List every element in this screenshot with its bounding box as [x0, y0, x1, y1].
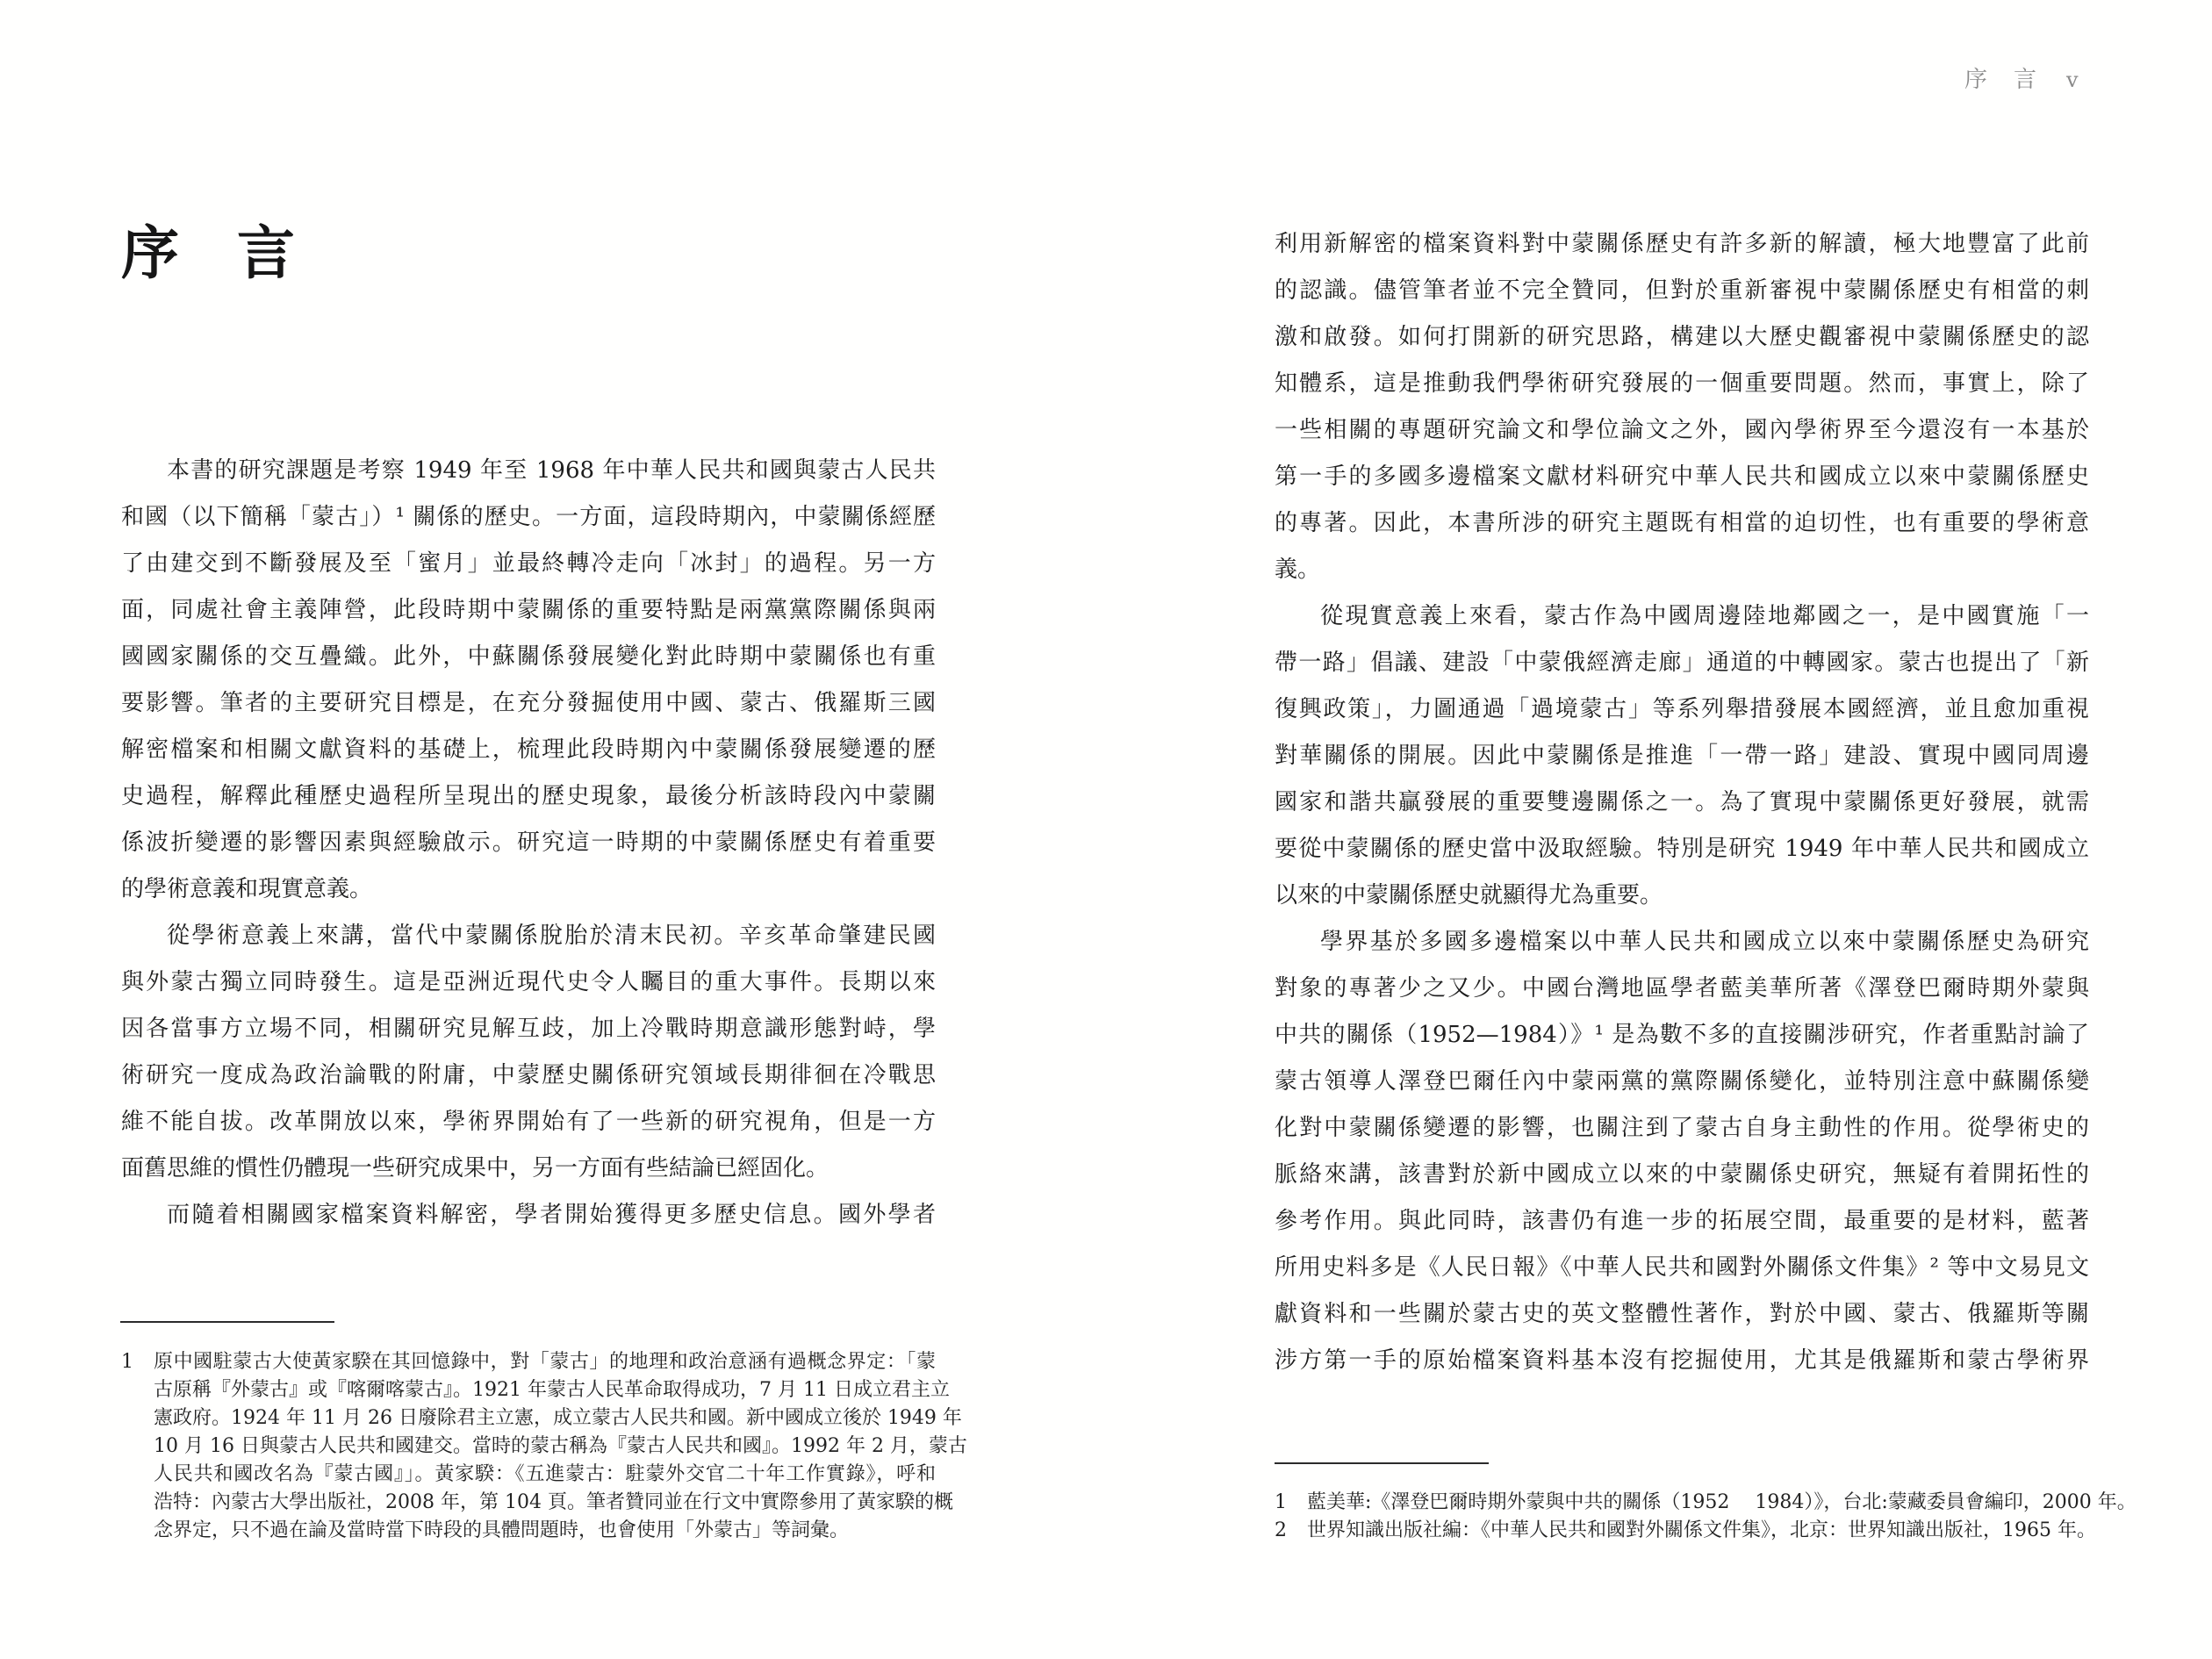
body-line: 要從中蒙關係的歷史當中汲取經驗。特別是研究 1949 年中華人民共和國成立 — [1275, 826, 2089, 873]
footnote-line: 原中國駐蒙古大使黃家騤在其回憶錄中，對「蒙古」的地理和政治意涵有過概念界定：「蒙 — [154, 1348, 936, 1376]
running-header-title: 序 言 — [1964, 67, 2038, 93]
body-line: 維不能自拔。改革開放以來，學術界開始有了一些新的研究視角，但是一方 — [121, 1099, 936, 1145]
footnote-separator-right — [1275, 1462, 1489, 1464]
body-line: 帶一路」倡議、建設「中蒙俄經濟走廊」通道的中轉國家。蒙古也提出了「新 — [1275, 640, 2089, 686]
body-line: 中共的關係（1952—1984）》¹ 是為數不多的直接關涉研究，作者重點討論了 — [1275, 1012, 2089, 1059]
body-line: 蒙古領導人澤登巴爾任內中蒙兩黨的黨際關係變化，並特別注意中蘇關係變 — [1275, 1059, 2089, 1105]
body-line: 獻資料和一些關於蒙古史的英文整體性著作，對於中國、蒙古、俄羅斯等關 — [1275, 1291, 2089, 1338]
footnote-separator-left — [120, 1321, 334, 1323]
body-line: 脈絡來講，該書對於新中國成立以來的中蒙關係史研究，無疑有着開拓性的 — [1275, 1152, 2089, 1198]
body-line: 義。 — [1275, 547, 2089, 593]
footnote-line: 憲政府。1924 年 11 月 26 日廢除君主立憲，成立蒙古人民共和國。新中國… — [154, 1404, 936, 1433]
body-line: 本書的研究課題是考察 1949 年至 1968 年中華人民共和國與蒙古人民共 — [121, 448, 936, 494]
footnote: 2世界知識出版社編：《中華人民共和國對外關係文件集》，北京：世界知識出版社，19… — [1275, 1517, 2089, 1545]
footnote-line: 10 月 16 日與蒙古人民共和國建交。當時的蒙古稱為『蒙古人民共和國』。199… — [154, 1433, 936, 1461]
body-line: 國家和諧共贏發展的重要雙邊關係之一。為了實現中蒙關係更好發展，就需 — [1275, 779, 2089, 826]
footnote-line: 念界定，只不過在論及當時當下時段的具體問題時，也會使用「外蒙古」等詞彙。 — [154, 1517, 936, 1545]
body-line: 史過程，解釋此種歷史過程所呈現出的歷史現象，最後分析該時段內中蒙關 — [121, 773, 936, 820]
body-line: 利用新解密的檔案資料對中蒙關係歷史有許多新的解讀，極大地豐富了此前 — [1275, 221, 2089, 268]
body-line: 解密檔案和相關文獻資料的基礎上，梳理此段時期內中蒙關係發展變遷的歷 — [121, 727, 936, 773]
body-line: 激和啟發。如何打開新的研究思路，構建以大歷史觀審視中蒙關係歷史的認 — [1275, 314, 2089, 361]
body-line: 參考作用。與此同時，該書仍有進一步的拓展空間，最重要的是材料，藍著 — [1275, 1198, 2089, 1245]
book-spread: 序 言v 序 言 本書的研究課題是考察 1949 年至 1968 年中華人民共和… — [0, 0, 2212, 1659]
body-line: 所用史料多是《人民日報》《中華人民共和國對外關係文件集》² 等中文易見文 — [1275, 1245, 2089, 1291]
footnote-number: 1 — [1275, 1489, 1287, 1517]
body-line: 和國（以下簡稱「蒙古」）¹ 關係的歷史。一方面，這段時期內，中蒙關係經歷 — [121, 494, 936, 541]
body-line: 以來的中蒙關係歷史就顯得尤為重要。 — [1275, 873, 2089, 919]
body-line: 對象的專著少之又少。中國台灣地區學者藍美華所著《澤登巴爾時期外蒙與 — [1275, 966, 2089, 1012]
body-line: 從學術意義上來講，當代中蒙關係脫胎於清末民初。辛亥革命肇建民國 — [121, 913, 936, 959]
body-line: 對華關係的開展。因此中蒙關係是推進「一帶一路」建設、實現中國同周邊 — [1275, 733, 2089, 779]
body-line: 因各當事方立場不同，相關研究見解互歧，加上冷戰時期意識形態對峙，學 — [121, 1006, 936, 1052]
footnote-line: 人民共和國改名為『蒙古國』」。黃家騤：《五進蒙古：駐蒙外交官二十年工作實錄》，呼… — [154, 1461, 936, 1489]
left-page-body-text: 本書的研究課題是考察 1949 年至 1968 年中華人民共和國與蒙古人民共和國… — [121, 448, 936, 1239]
body-line: 與外蒙古獨立同時發生。這是亞洲近現代史令人矚目的重大事件。長期以來 — [121, 959, 936, 1006]
footnote-number: 2 — [1275, 1517, 1287, 1545]
body-line: 第一手的多國多邊檔案文獻材料研究中華人民共和國成立以來中蒙關係歷史 — [1275, 454, 2089, 500]
footnote-number: 1 — [121, 1348, 133, 1376]
body-line: 要影響。筆者的主要研究目標是，在充分發掘使用中國、蒙古、俄羅斯三國 — [121, 680, 936, 727]
body-line: 復興政策」，力圖通過「過境蒙古」等系列舉措發展本國經濟，並且愈加重視 — [1275, 686, 2089, 733]
left-page-footnotes: 1原中國駐蒙古大使黃家騤在其回憶錄中，對「蒙古」的地理和政治意涵有過概念界定：「… — [121, 1348, 936, 1545]
body-line: 從現實意義上來看，蒙古作為中國周邊陸地鄰國之一，是中國實施「一 — [1275, 593, 2089, 640]
body-line: 的認識。儘管筆者並不完全贊同，但對於重新審視中蒙關係歷史有相當的刺 — [1275, 268, 2089, 314]
body-line: 了由建交到不斷發展及至「蜜月」並最終轉冷走向「冰封」的過程。另一方 — [121, 541, 936, 587]
body-line: 面舊思維的慣性仍體現一些研究成果中，另一方面有些結論已經固化。 — [121, 1145, 936, 1192]
body-line: 係波折變遷的影響因素與經驗啟示。研究這一時期的中蒙關係歷史有着重要 — [121, 820, 936, 866]
body-line: 國國家關係的交互疊織。此外，中蘇關係發展變化對此時期中蒙關係也有重 — [121, 634, 936, 680]
body-line: 化對中蒙關係變遷的影響，也關注到了蒙古自身主動性的作用。從學術史的 — [1275, 1105, 2089, 1152]
body-line: 知體系，這是推動我們學術研究發展的一個重要問題。然而，事實上，除了 — [1275, 361, 2089, 407]
right-page-body-text: 利用新解密的檔案資料對中蒙關係歷史有許多新的解讀，極大地豐富了此前的認識。儘管筆… — [1275, 221, 2089, 1384]
footnote: 1藍美華:《澤登巴爾時期外蒙與中共的關係（1952 1984）》，台北:蒙藏委員… — [1275, 1489, 2089, 1517]
footnote-line: 浩特：內蒙古大學出版社，2008 年，第 104 頁。筆者贊同並在行文中實際參用… — [154, 1489, 936, 1517]
body-line: 的學術意義和現實意義。 — [121, 866, 936, 913]
body-line: 涉方第一手的原始檔案資料基本沒有挖掘使用，尤其是俄羅斯和蒙古學術界 — [1275, 1338, 2089, 1384]
footnote: 1原中國駐蒙古大使黃家騤在其回憶錄中，對「蒙古」的地理和政治意涵有過概念界定：「… — [121, 1348, 936, 1545]
footnote-line: 世界知識出版社編：《中華人民共和國對外關係文件集》，北京：世界知識出版社，196… — [1307, 1517, 2089, 1545]
footnote-line: 古原稱『外蒙古』或『喀爾喀蒙古』。1921 年蒙古人民革命取得成功，7 月 11… — [154, 1376, 936, 1404]
body-line: 的專著。因此，本書所涉的研究主題既有相當的迫切性，也有重要的學術意 — [1275, 500, 2089, 547]
right-page-footnotes: 1藍美華:《澤登巴爾時期外蒙與中共的關係（1952 1984）》，台北:蒙藏委員… — [1275, 1489, 2089, 1545]
body-line: 一些相關的專題研究論文和學位論文之外，國內學術界至今還沒有一本基於 — [1275, 407, 2089, 454]
running-header-page-number: v — [2066, 68, 2079, 92]
body-line: 面，同處社會主義陣營，此段時期中蒙關係的重要特點是兩黨黨際關係與兩 — [121, 587, 936, 634]
body-line: 而隨着相關國家檔案資料解密，學者開始獲得更多歷史信息。國外學者 — [121, 1192, 936, 1239]
footnote-line: 藍美華:《澤登巴爾時期外蒙與中共的關係（1952 1984）》，台北:蒙藏委員會… — [1307, 1489, 2089, 1517]
page-title: 序 言 — [121, 221, 295, 285]
running-header: 序 言v — [1964, 61, 2079, 94]
body-line: 學界基於多國多邊檔案以中華人民共和國成立以來中蒙關係歷史為研究 — [1275, 919, 2089, 966]
body-line: 術研究一度成為政治論戰的附庸，中蒙歷史關係研究領域長期徘徊在冷戰思 — [121, 1052, 936, 1099]
